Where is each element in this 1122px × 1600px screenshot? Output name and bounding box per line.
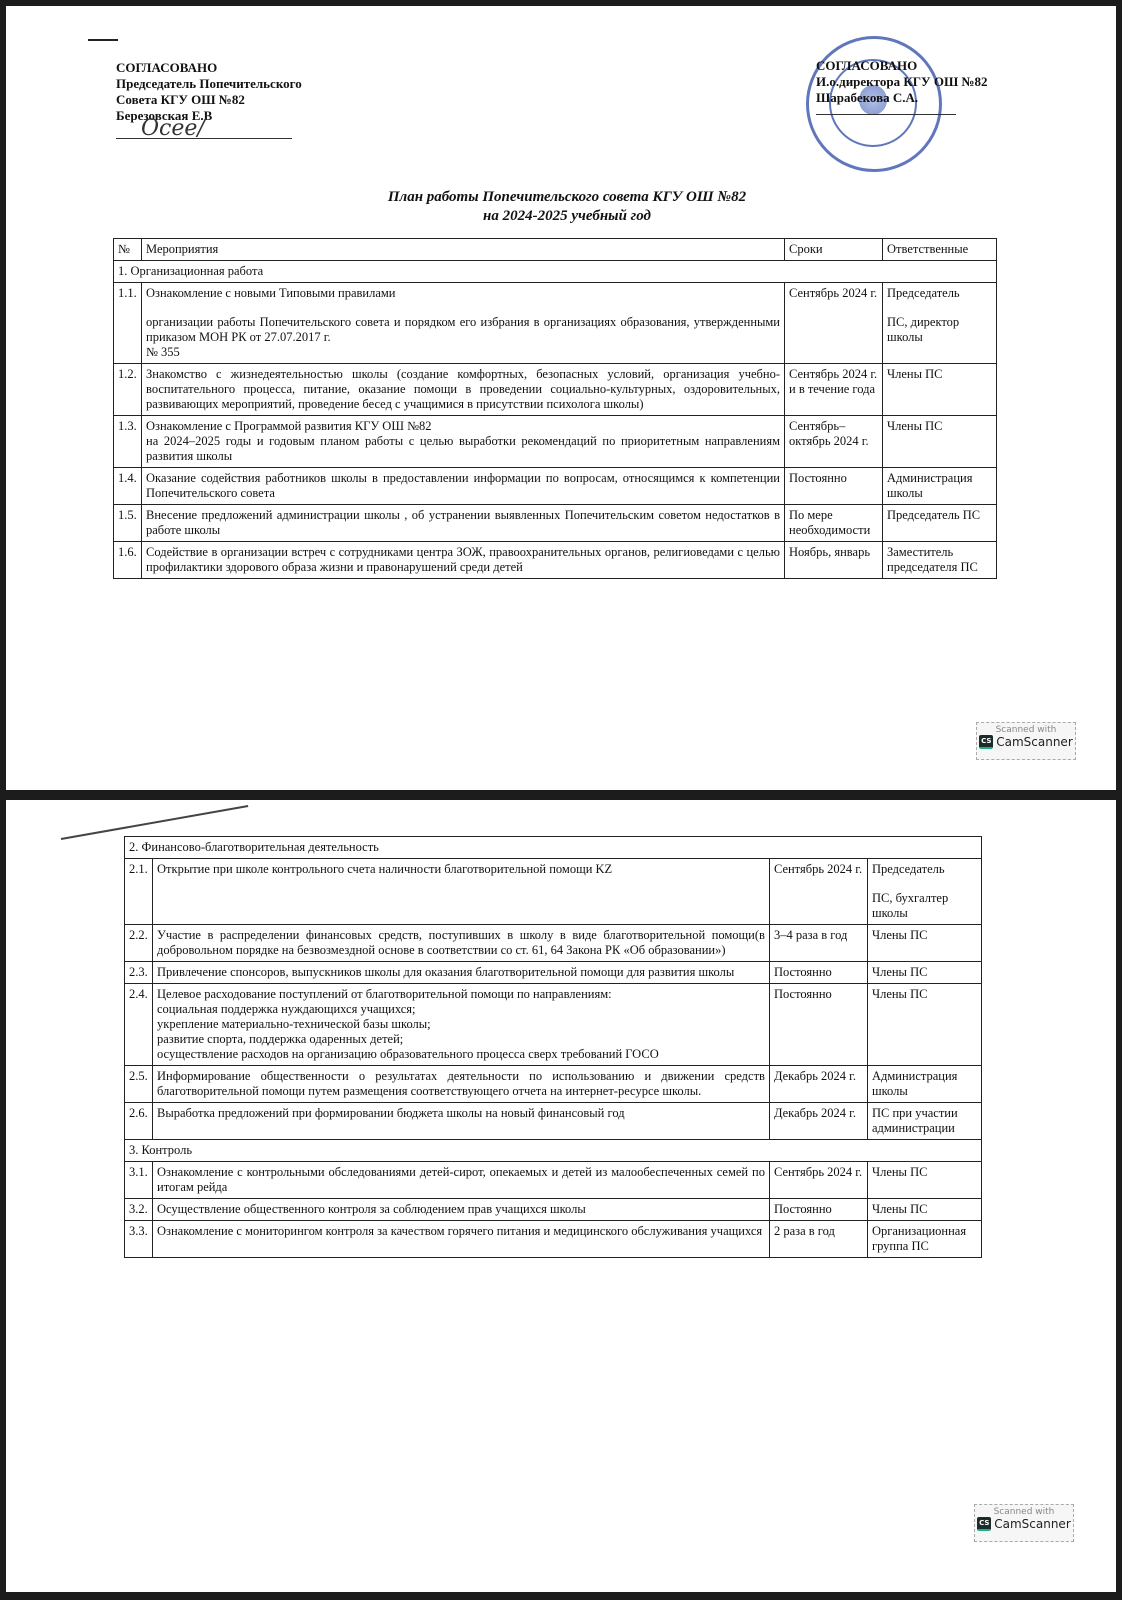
work-plan-table-part-2: 2. Финансово-благотворительная деятельно… [124,836,982,1258]
row-responsible: ПС при участии администрации [867,1103,981,1140]
row-deadline: Постоянно [785,468,883,505]
activity-line: организации работы Попечительского совет… [146,315,780,345]
title-line-2: на 2024-2025 учебный год [6,207,1116,226]
section-row: 3. Контроль [125,1140,982,1162]
table-row: 1.2. Знакомство с жизнедеятельностью шко… [114,364,997,416]
table-row: 2.2. Участие в распределении финансовых … [125,925,982,962]
row-activity: Открытие при школе контрольного счета на… [153,859,770,925]
row-activity: Привлечение спонсоров, выпускников школы… [153,962,770,984]
activity-line: № 355 [146,345,780,360]
responsible-line: Председатель [872,862,977,877]
approval-name: Шарабекова С.А. [816,90,988,106]
row-num: 3.1. [125,1162,153,1199]
row-deadline: Декабрь 2024 г. [769,1103,867,1140]
row-responsible: Председатель ПС, бухгалтер школы [867,859,981,925]
row-num: 2.3. [125,962,153,984]
row-num: 3.2. [125,1199,153,1221]
row-deadline: Сентябрь– октябрь 2024 г. [785,416,883,468]
scanned-page-1: СОГЛАСОВАНО Председатель Попечительского… [6,6,1116,790]
responsible-line: ПС, бухгалтер школы [872,891,977,921]
pen-mark [88,39,118,41]
row-num: 1.2. [114,364,142,416]
section-row: 1. Организационная работа [114,261,997,283]
approval-position: Председатель Попечительского [116,76,302,92]
row-responsible: Заместитель председателя ПС [883,542,997,579]
section-title: 2. Финансово-благотворительная деятельно… [125,837,982,859]
row-deadline: Сентябрь 2024 г. [785,283,883,364]
pen-stroke-mark [61,805,248,840]
activity-line: развитие спорта, поддержка одаренных дет… [157,1032,765,1047]
row-num: 1.6. [114,542,142,579]
section-title: 3. Контроль [125,1140,982,1162]
table-row: 3.1. Ознакомление с контрольными обследо… [125,1162,982,1199]
row-responsible: Администрация школы [867,1066,981,1103]
row-num: 3.3. [125,1221,153,1258]
section-row: 2. Финансово-благотворительная деятельно… [125,837,982,859]
watermark-brand: CamScanner [994,1517,1071,1531]
row-deadline: Ноябрь, январь [785,542,883,579]
table-row: 1.4. Оказание содействия работников школ… [114,468,997,505]
row-activity: Информирование общественности о результа… [153,1066,770,1103]
row-num: 2.5. [125,1066,153,1103]
row-activity: Ознакомление с новыми Типовыми правилами… [142,283,785,364]
activity-line: на 2024–2025 годы и годовым планом работ… [146,434,780,464]
row-deadline: Сентябрь 2024 г. [769,859,867,925]
row-deadline: 2 раза в год [769,1221,867,1258]
row-responsible: Члены ПС [867,962,981,984]
row-num: 1.1. [114,283,142,364]
activity-line: Целевое расходование поступлений от благ… [157,987,765,1002]
row-activity: Содействие в организации встреч с сотруд… [142,542,785,579]
activity-line: социальная поддержка нуждающихся учащихс… [157,1002,765,1017]
row-responsible: Члены ПС [883,364,997,416]
responsible-line: ПС, директор школы [887,315,992,345]
camscanner-logo-icon: CS [977,1517,991,1531]
row-responsible: Члены ПС [867,1199,981,1221]
row-responsible: Члены ПС [883,416,997,468]
row-deadline: Сентябрь 2024 г. и в течение года [785,364,883,416]
row-deadline: Сентябрь 2024 г. [769,1162,867,1199]
activity-line: укрепление материально-технической базы … [157,1017,765,1032]
table-row: 2.4. Целевое расходование поступлений от… [125,984,982,1066]
camscanner-watermark: Scanned with CS CamScanner [974,1504,1074,1542]
row-deadline: Декабрь 2024 г. [769,1066,867,1103]
table-row: 3.3. Ознакомление с мониторингом контрол… [125,1221,982,1258]
responsible-line: Председатель [887,286,992,301]
header-activity: Мероприятия [142,239,785,261]
row-activity: Ознакомление с Программой развития КГУ О… [142,416,785,468]
scanned-page-2: 2. Финансово-благотворительная деятельно… [6,800,1116,1592]
table-row: 2.1. Открытие при школе контрольного сче… [125,859,982,925]
row-num: 1.5. [114,505,142,542]
table-row: 2.5. Информирование общественности о рез… [125,1066,982,1103]
table-row: 2.6. Выработка предложений при формирова… [125,1103,982,1140]
row-responsible: Члены ПС [867,984,981,1066]
work-plan-table-part-1: № Мероприятия Сроки Ответственные 1. Орг… [113,238,997,579]
row-activity: Ознакомление с контрольными обследования… [153,1162,770,1199]
row-activity: Внесение предложений администрации школы… [142,505,785,542]
row-responsible: Администрация школы [883,468,997,505]
row-num: 2.4. [125,984,153,1066]
camscanner-watermark: Scanned with CS CamScanner [976,722,1076,760]
approval-organization: Совета КГУ ОШ №82 [116,92,302,108]
row-activity: Осуществление общественного контроля за … [153,1199,770,1221]
row-deadline: Постоянно [769,1199,867,1221]
row-deadline: По мере необходимости [785,505,883,542]
header-deadline: Сроки [785,239,883,261]
activity-line: Ознакомление с Программой развития КГУ О… [146,419,780,434]
signature-line-right [816,114,956,115]
table-row: 3.2. Осуществление общественного контрол… [125,1199,982,1221]
row-num: 2.6. [125,1103,153,1140]
approval-position: И.о.директора КГУ ОШ №82 [816,74,988,90]
table-row: 1.6. Содействие в организации встреч с с… [114,542,997,579]
row-activity: Оказание содействия работников школы в п… [142,468,785,505]
table-row: 1.1. Ознакомление с новыми Типовыми прав… [114,283,997,364]
row-activity: Целевое расходование поступлений от благ… [153,984,770,1066]
title-line-1: План работы Попечительского совета КГУ О… [6,188,1116,207]
table-header-row: № Мероприятия Сроки Ответственные [114,239,997,261]
row-responsible: Председатель ПС, директор школы [883,283,997,364]
row-responsible: Организационная группа ПС [867,1221,981,1258]
row-num: 2.1. [125,859,153,925]
watermark-brand: CamScanner [996,735,1073,749]
activity-line: осуществление расходов на организацию об… [157,1047,765,1062]
row-deadline: 3–4 раза в год [769,925,867,962]
watermark-caption: Scanned with [975,1507,1073,1517]
camscanner-logo-icon: CS [979,735,993,749]
signature-left: Ocee/ [141,116,205,141]
approval-block-chairman: СОГЛАСОВАНО Председатель Попечительского… [116,60,302,124]
row-activity: Ознакомление с мониторингом контроля за … [153,1221,770,1258]
row-deadline: Постоянно [769,984,867,1066]
activity-line: Ознакомление с новыми Типовыми правилами [146,286,780,301]
approval-heading: СОГЛАСОВАНО [816,58,988,74]
watermark-caption: Scanned with [977,725,1075,735]
section-title: 1. Организационная работа [114,261,997,283]
row-activity: Участие в распределении финансовых средс… [153,925,770,962]
table-row: 1.5. Внесение предложений администрации … [114,505,997,542]
row-responsible: Председатель ПС [883,505,997,542]
table-row: 1.3. Ознакомление с Программой развития … [114,416,997,468]
approval-block-director: СОГЛАСОВАНО И.о.директора КГУ ОШ №82 Шар… [816,58,988,106]
row-deadline: Постоянно [769,962,867,984]
row-activity: Выработка предложений при формировании б… [153,1103,770,1140]
document-title: План работы Попечительского совета КГУ О… [6,188,1116,226]
row-activity: Знакомство с жизнедеятельностью школы (с… [142,364,785,416]
approval-heading: СОГЛАСОВАНО [116,60,302,76]
table-row: 2.3. Привлечение спонсоров, выпускников … [125,962,982,984]
header-responsible: Ответственные [883,239,997,261]
row-num: 1.4. [114,468,142,505]
row-num: 1.3. [114,416,142,468]
row-responsible: Члены ПС [867,925,981,962]
header-num: № [114,239,142,261]
row-num: 2.2. [125,925,153,962]
row-responsible: Члены ПС [867,1162,981,1199]
